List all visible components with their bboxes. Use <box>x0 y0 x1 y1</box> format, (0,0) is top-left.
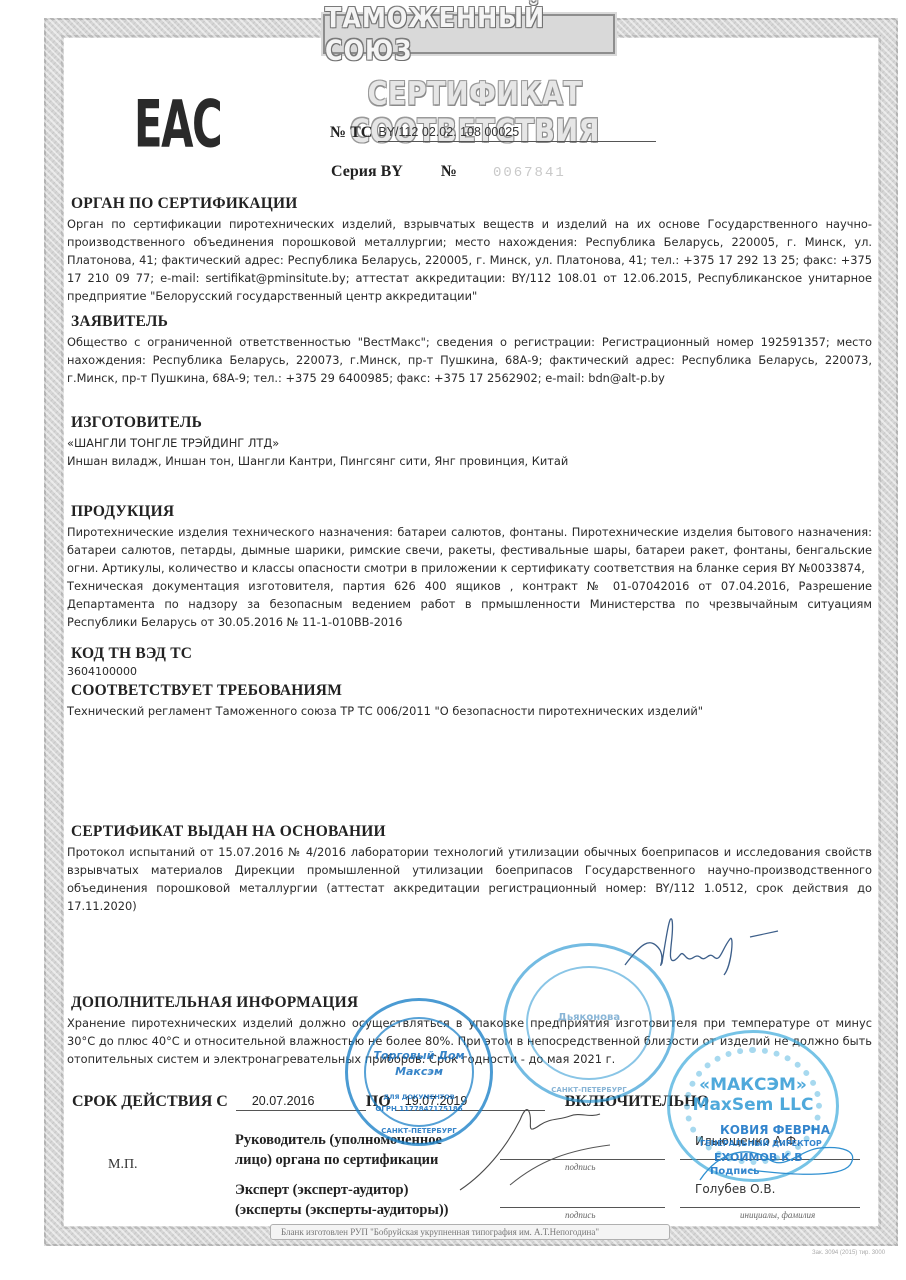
section-title: ЗАЯВИТЕЛЬ <box>71 313 872 331</box>
section-additional-info: ДОПОЛНИТЕЛЬНАЯ ИНФОРМАЦИЯ Хранение пирот… <box>67 994 872 1068</box>
expert-signature-line <box>500 1207 665 1208</box>
customs-union-label: ТАМОЖЕННЫЙ СОЮЗ <box>325 2 613 66</box>
expert-signature-caption: подпись <box>565 1210 596 1220</box>
tc-number-line: № ТС BY/112 02.02. 108 00025 <box>330 124 656 142</box>
section-title: СООТВЕТСТВУЕТ ТРЕБОВАНИЯМ <box>71 682 872 700</box>
series-line: Серия BY № 0067841 <box>331 163 566 181</box>
section-issued-basis: СЕРТИФИКАТ ВЫДАН НА ОСНОВАНИИ Протокол и… <box>67 823 872 915</box>
validity-to-date: 19.07.2019 <box>395 1094 545 1111</box>
section-products: ПРОДУКЦИЯ Пиротехнические изделия технич… <box>67 503 872 631</box>
section-tn-ved-code: КОД ТН ВЭД ТС 3604100000 <box>67 645 872 678</box>
section-text: Общество с ограниченной ответственностью… <box>67 333 872 387</box>
section-applicant: ЗАЯВИТЕЛЬ Общество с ограниченной ответс… <box>67 313 872 387</box>
section-manufacturer: ИЗГОТОВИТЕЛЬ «ШАНГЛИ ТОНГЛЕ ТРЭЙДИНГ ЛТД… <box>67 414 872 470</box>
validity-to-label: ПО <box>366 1093 391 1111</box>
section-certification-body: ОРГАН ПО СЕРТИФИКАЦИИ Орган по сертифика… <box>67 195 872 305</box>
printer-footer: Бланк изготовлен РУП "Бобруйская укрупне… <box>270 1224 670 1240</box>
expert-label-line-1: Эксперт (эксперт-аудитор) <box>235 1180 448 1200</box>
products-documentation: Техническая документация изготовителя, п… <box>67 577 872 631</box>
tc-number-label: № ТС <box>330 124 372 142</box>
validity-inclusive-label: ВКЛЮЧИТЕЛЬНО <box>565 1093 709 1111</box>
manufacturer-address: Иншан виладж, Иншан тон, Шангли Кантри, … <box>67 452 872 470</box>
series-number-value: 0067841 <box>493 165 566 181</box>
section-text: Протокол испытаний от 15.07.2016 № 4/201… <box>67 843 872 915</box>
print-order-code: Зак. 3094 (2015) тир. 3000 <box>812 1250 885 1256</box>
tc-number-value: BY/112 02.02. 108 00025 <box>378 125 656 142</box>
head-signature-caption: подпись <box>565 1162 596 1172</box>
section-text: Орган по сертификации пиротехнических из… <box>67 215 872 305</box>
head-signature-line <box>500 1159 665 1160</box>
expert-initials-line <box>680 1207 860 1208</box>
head-signature-label: Руководитель (уполномоченное лицо) орган… <box>235 1130 442 1170</box>
series-number-label: № <box>441 163 457 181</box>
section-title: КОД ТН ВЭД ТС <box>71 645 872 663</box>
stamp-place-label: М.П. <box>108 1157 138 1173</box>
head-name: Ильющенко А.Ф. <box>695 1134 800 1148</box>
head-label-line-1: Руководитель (уполномоченное <box>235 1130 442 1150</box>
validity-from-date: 20.07.2016 <box>236 1094 366 1111</box>
expert-label-line-2: (эксперты (эксперты-аудиторы)) <box>235 1200 448 1220</box>
section-complies-with: СООТВЕТСТВУЕТ ТРЕБОВАНИЯМ Технический ре… <box>67 682 872 720</box>
expert-signature-label: Эксперт (эксперт-аудитор) (эксперты (экс… <box>235 1180 448 1220</box>
validity-from-label: СРОК ДЕЙСТВИЯ С <box>72 1093 228 1111</box>
manufacturer-name: «ШАНГЛИ ТОНГЛЕ ТРЭЙДИНГ ЛТД» <box>67 434 872 452</box>
section-title: ОРГАН ПО СЕРТИФИКАЦИИ <box>71 195 872 213</box>
products-description: Пиротехнические изделия технического наз… <box>67 523 872 577</box>
section-title: СЕРТИФИКАТ ВЫДАН НА ОСНОВАНИИ <box>71 823 872 841</box>
eac-logo: ЕАС <box>134 86 221 162</box>
customs-union-banner: ТАМОЖЕННЫЙ СОЮЗ <box>323 14 615 54</box>
head-label-line-2: лицо) органа по сертификации <box>235 1150 442 1170</box>
initials-caption: инициалы, фамилия <box>740 1210 815 1220</box>
section-title: ДОПОЛНИТЕЛЬНАЯ ИНФОРМАЦИЯ <box>71 994 872 1012</box>
section-text: Технический регламент Таможенного союза … <box>67 702 872 720</box>
series-label: Серия BY <box>331 163 403 181</box>
section-title: ИЗГОТОВИТЕЛЬ <box>71 414 872 432</box>
section-title: ПРОДУКЦИЯ <box>71 503 872 521</box>
section-text: Хранение пиротехнических изделий должно … <box>67 1014 872 1068</box>
head-initials-line <box>680 1159 860 1160</box>
tn-ved-code-value: 3604100000 <box>67 665 872 678</box>
validity-period: СРОК ДЕЙСТВИЯ С 20.07.2016 ПО 19.07.2019… <box>72 1093 709 1111</box>
expert-name: Голубев О.В. <box>695 1182 775 1196</box>
